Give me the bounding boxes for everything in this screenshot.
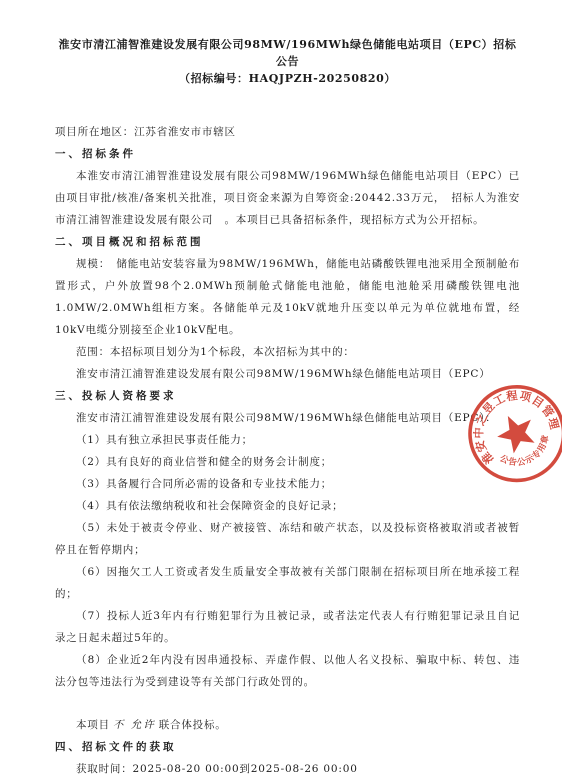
qualification-item-6: （6）因拖欠工人工资或者发生质量安全事故被有关部门限制在招标项目所在地承接工程的… xyxy=(55,561,520,605)
qualification-item-8: （8）企业近2年内没有因串通投标、弄虚作假、以他人名义投标、骗取中标、转包、违法… xyxy=(55,649,520,693)
project-scale-paragraph: 规模： 储能电站安装容量为98MW/196MWh，储能电站磷酸铁锂电池采用全预制… xyxy=(55,253,520,341)
document-title-line1: 淮安市清江浦智淮建设发展有限公司98MW/196MWh绿色储能电站项目（EPC）… xyxy=(55,36,520,70)
qualification-item-3: （3）具备履行合同所必需的设备和专业技术能力； xyxy=(55,473,520,495)
document-title: 淮安市清江浦智淮建设发展有限公司98MW/196MWh绿色储能电站项目（EPC）… xyxy=(55,36,520,87)
qualification-item-1: （1）具有独立承担民事责任能力； xyxy=(55,429,520,451)
qualification-intro-line: 淮安市清江浦智淮建设发展有限公司98MW/196MWh绿色储能电站项目（EPC）… xyxy=(55,407,520,429)
section-1-heading: 一、招标条件 xyxy=(55,143,520,165)
tender-conditions-paragraph: 本淮安市清江浦智淮建设发展有限公司98MW/196MWh绿色储能电站项目（EPC… xyxy=(55,165,520,231)
qualification-item-4: （4）具有依法缴纳税收和社会保障资金的良好记录； xyxy=(55,495,520,517)
section-2-heading: 二、项目概况和招标范围 xyxy=(55,231,520,253)
tender-announcement-document: 淮安市清江浦智淮建设发展有限公司98MW/196MWh绿色储能电站项目（EPC）… xyxy=(0,0,562,779)
project-location-line: 项目所在地区：江苏省淮安市市辖区 xyxy=(55,121,520,143)
document-title-line2: （招标编号：HAQJPZH-20250820） xyxy=(55,70,520,87)
consortium-suffix: 联合体投标。 xyxy=(159,719,227,731)
consortium-emphasis: 不 允许 xyxy=(110,719,159,731)
tender-scope-item: 淮安市清江浦智淮建设发展有限公司98MW/196MWh绿色储能电站项目（EPC） xyxy=(55,363,520,385)
section-4-heading: 四、招标文件的获取 xyxy=(55,736,520,758)
section-3-heading: 三、投标人资格要求 xyxy=(55,385,520,407)
qualification-item-7: （7）投标人近3年内有行贿犯罪行为且被记录，或者法定代表人有行贿犯罪记录且自记录… xyxy=(55,605,520,649)
tender-scope-line: 范围：本招标项目划分为1个标段，本次招标为其中的： xyxy=(55,341,520,363)
qualification-item-2: （2）具有良好的商业信誉和健全的财务会计制度； xyxy=(55,451,520,473)
document-acquisition-time: 获取时间：2025-08-20 00:00到2025-08-26 00:00 xyxy=(55,758,520,779)
consortium-statement: 本项目不 允许联合体投标。 xyxy=(55,714,520,736)
consortium-prefix: 本项目 xyxy=(76,719,110,731)
qualification-item-5: （5）未处于被责令停业、财产被接管、冻结和破产状态，以及投标资格被取消或者被暂停… xyxy=(55,517,520,561)
